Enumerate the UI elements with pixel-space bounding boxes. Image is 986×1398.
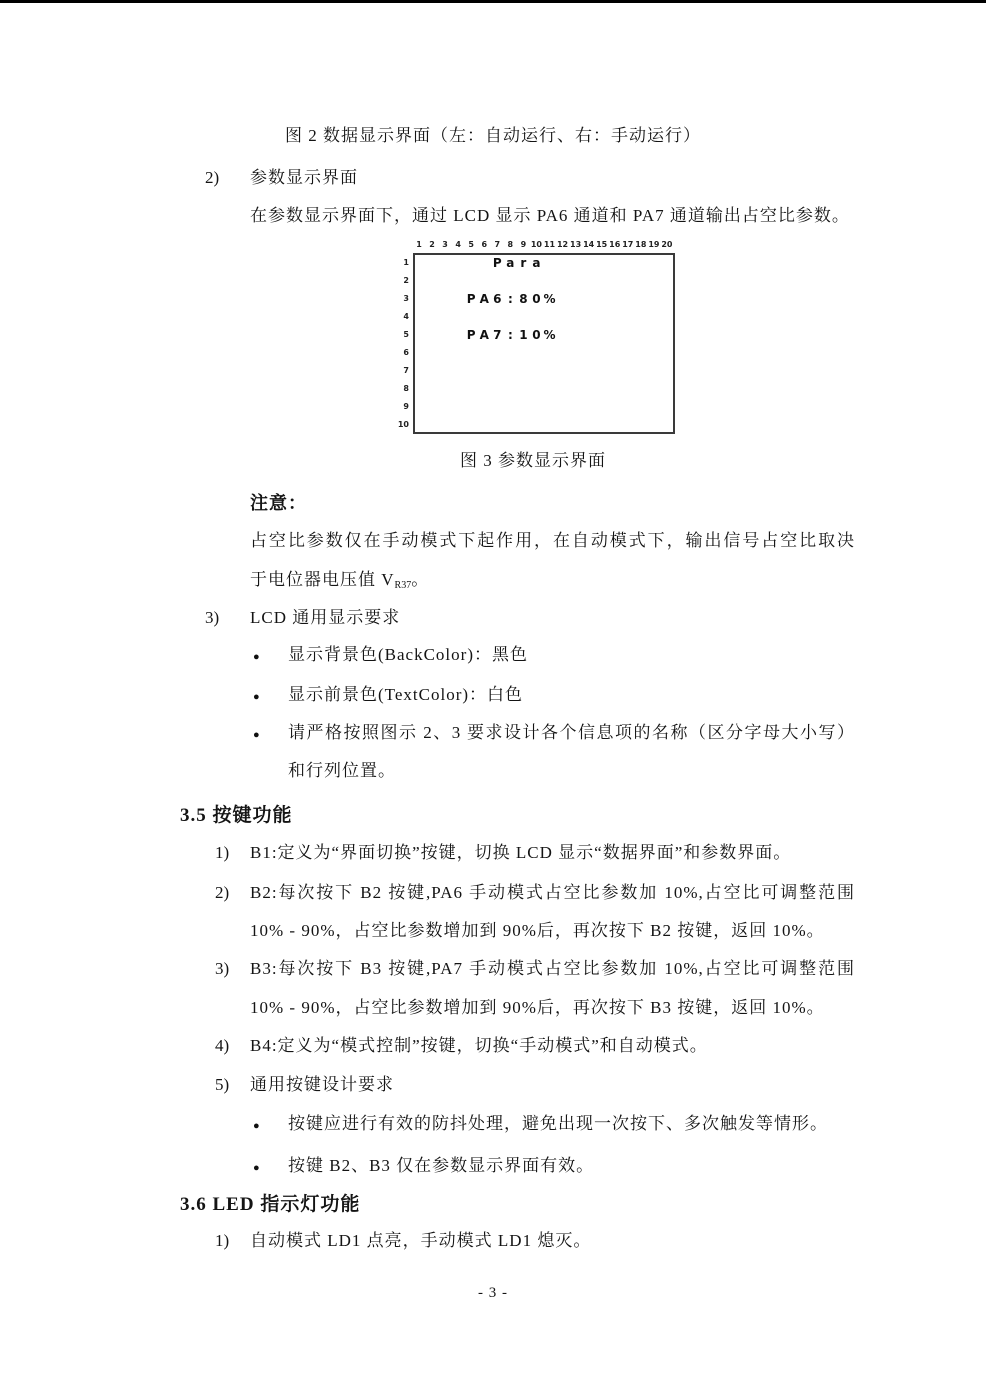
bullet-icon: ● (253, 1114, 260, 1138)
lcd-screen-border (413, 253, 675, 434)
lcd-col-label: 10 (530, 240, 543, 249)
lcd-col-label: 2 (426, 240, 439, 249)
figure3-caption: 图 3 参数显示界面 (460, 449, 606, 473)
lcd-row-label: 3 (395, 294, 409, 303)
lcd-col-label: 4 (452, 240, 465, 249)
lcd-col-label: 17 (621, 240, 634, 249)
led-item-1-number: 1) (215, 1229, 229, 1253)
key-item-5-text: 通用按键设计要求 (250, 1073, 394, 1097)
lcd-row-label: 8 (395, 384, 409, 393)
bullet-icon: ● (253, 1156, 260, 1180)
note-label: 注意： (250, 491, 307, 515)
lcd-row-label: 1 (395, 258, 409, 267)
section-led-heading: 3.6 LED 指示灯功能 (180, 1192, 360, 1218)
lcd-cell-char: 1 (517, 327, 530, 343)
key-item-2-line2: 10% - 90%，占空比参数增加到 90%后，再次按下 B2 按键，返回 10… (250, 919, 825, 943)
key-item-2-number: 2) (215, 881, 229, 905)
key-bullet-1: 按键应进行有效的防抖处理，避免出现一次按下、多次触发等情形。 (288, 1112, 828, 1136)
lcd-col-label: 1 (413, 240, 426, 249)
lcd-grid: 1234567891011121314151617181920123456789… (395, 236, 687, 438)
item-param-text: 参数显示界面 (250, 166, 358, 190)
lcd-cell-char: 0 (530, 327, 543, 343)
lcd-col-label: 13 (569, 240, 582, 249)
document-page: 图 2 数据显示界面（左：自动运行、右：手动运行） 2) 参数显示界面 在参数显… (0, 0, 986, 1398)
lcd-col-label: 19 (647, 240, 660, 249)
lcd-cell-char: A (478, 291, 491, 307)
lcd-cell-char: a (504, 255, 517, 271)
page-top-border (0, 0, 986, 3)
lcd-cell-char: r (517, 255, 530, 271)
lcd-col-label: 12 (556, 240, 569, 249)
lcd-row-label: 7 (395, 366, 409, 375)
lcd-cell-char: % (543, 291, 556, 307)
lcd-col-label: 3 (439, 240, 452, 249)
lcd-bullet-3: 请严格按照图示 2、3 要求设计各个信息项的名称（区分字母大小写） (288, 721, 855, 745)
lcd-col-label: 8 (504, 240, 517, 249)
key-item-5-number: 5) (215, 1073, 229, 1097)
lcd-cell-char: 0 (530, 291, 543, 307)
key-item-4-text: B4:定义为“模式控制”按键，切换“手动模式”和自动模式。 (250, 1034, 708, 1058)
lcd-row-label: 2 (395, 276, 409, 285)
lcd-row-label: 6 (395, 348, 409, 357)
lcd-col-label: 6 (478, 240, 491, 249)
lcd-cell-char: : (504, 327, 517, 343)
lcd-row-label: 5 (395, 330, 409, 339)
note-line1: 占空比参数仅在手动模式下起作用，在自动模式下，输出信号占空比取决 (250, 529, 855, 553)
lcd-cell-char: 6 (491, 291, 504, 307)
note-line2-prefix: 于电位器电压值 V (250, 570, 395, 589)
key-item-4-number: 4) (215, 1034, 229, 1058)
lcd-col-label: 14 (582, 240, 595, 249)
key-bullet-2: 按键 B2、B3 仅在参数显示界面有效。 (288, 1154, 594, 1178)
note-line2-subscript: R37 (395, 580, 412, 591)
lcd-col-label: 20 (660, 240, 673, 249)
key-item-1-text: B1:定义为“界面切换”按键，切换 LCD 显示“数据界面”和参数界面。 (250, 841, 791, 865)
lcd-cell-char: A (478, 327, 491, 343)
lcd-cell-char: a (530, 255, 543, 271)
figure2-caption: 图 2 数据显示界面（左：自动运行、右：手动运行） (0, 124, 986, 148)
lcd-col-label: 11 (543, 240, 556, 249)
lcd-col-label: 7 (491, 240, 504, 249)
note-line2-suffix: 。 (411, 570, 429, 589)
lcd-col-label: 18 (634, 240, 647, 249)
key-item-2-line1: B2:每次按下 B2 按键,PA6 手动模式占空比参数加 10%,占空比可调整范… (250, 881, 855, 905)
lcd-bullet-2: 显示前景色(TextColor)：白色 (288, 683, 523, 707)
key-item-3-number: 3) (215, 957, 229, 981)
lcd-cell-char: 8 (517, 291, 530, 307)
bullet-icon: ● (253, 685, 260, 709)
intro-paragraph: 在参数显示界面下，通过 LCD 显示 PA6 通道和 PA7 通道输出占空比参数… (250, 204, 850, 228)
lcd-row-label: 10 (395, 420, 409, 429)
lcd-col-label: 9 (517, 240, 530, 249)
lcd-cell-char: : (504, 291, 517, 307)
lcd-cell-char: P (465, 327, 478, 343)
key-item-3-line2: 10% - 90%，占空比参数增加到 90%后，再次按下 B3 按键，返回 10… (250, 996, 825, 1020)
page-number: - 3 - (0, 1285, 986, 1302)
lcd-bullet-3-cont: 和行列位置。 (288, 759, 396, 783)
key-item-3-line1: B3:每次按下 B3 按键,PA7 手动模式占空比参数加 10%,占空比可调整范… (250, 957, 855, 981)
lcd-cell-char: P (465, 291, 478, 307)
lcd-row-label: 9 (395, 402, 409, 411)
item-lcd-number: 3) (205, 606, 219, 630)
item-lcd-text: LCD 通用显示要求 (250, 606, 400, 630)
section-keys-heading: 3.5 按键功能 (180, 803, 293, 829)
lcd-bullet-1: 显示背景色(BackColor)：黑色 (288, 643, 528, 667)
lcd-col-label: 5 (465, 240, 478, 249)
key-item-1-number: 1) (215, 841, 229, 865)
led-item-1-text: 自动模式 LD1 点亮，手动模式 LD1 熄灭。 (250, 1229, 591, 1253)
lcd-cell-char: 7 (491, 327, 504, 343)
note-line2: 于电位器电压值 VR37。 (250, 568, 429, 598)
bullet-icon: ● (253, 645, 260, 669)
bullet-icon: ● (253, 723, 260, 747)
lcd-col-label: 16 (608, 240, 621, 249)
lcd-col-label: 15 (595, 240, 608, 249)
lcd-cell-char: % (543, 327, 556, 343)
lcd-cell-char: P (491, 255, 504, 271)
item-param-number: 2) (205, 166, 219, 190)
lcd-row-label: 4 (395, 312, 409, 321)
